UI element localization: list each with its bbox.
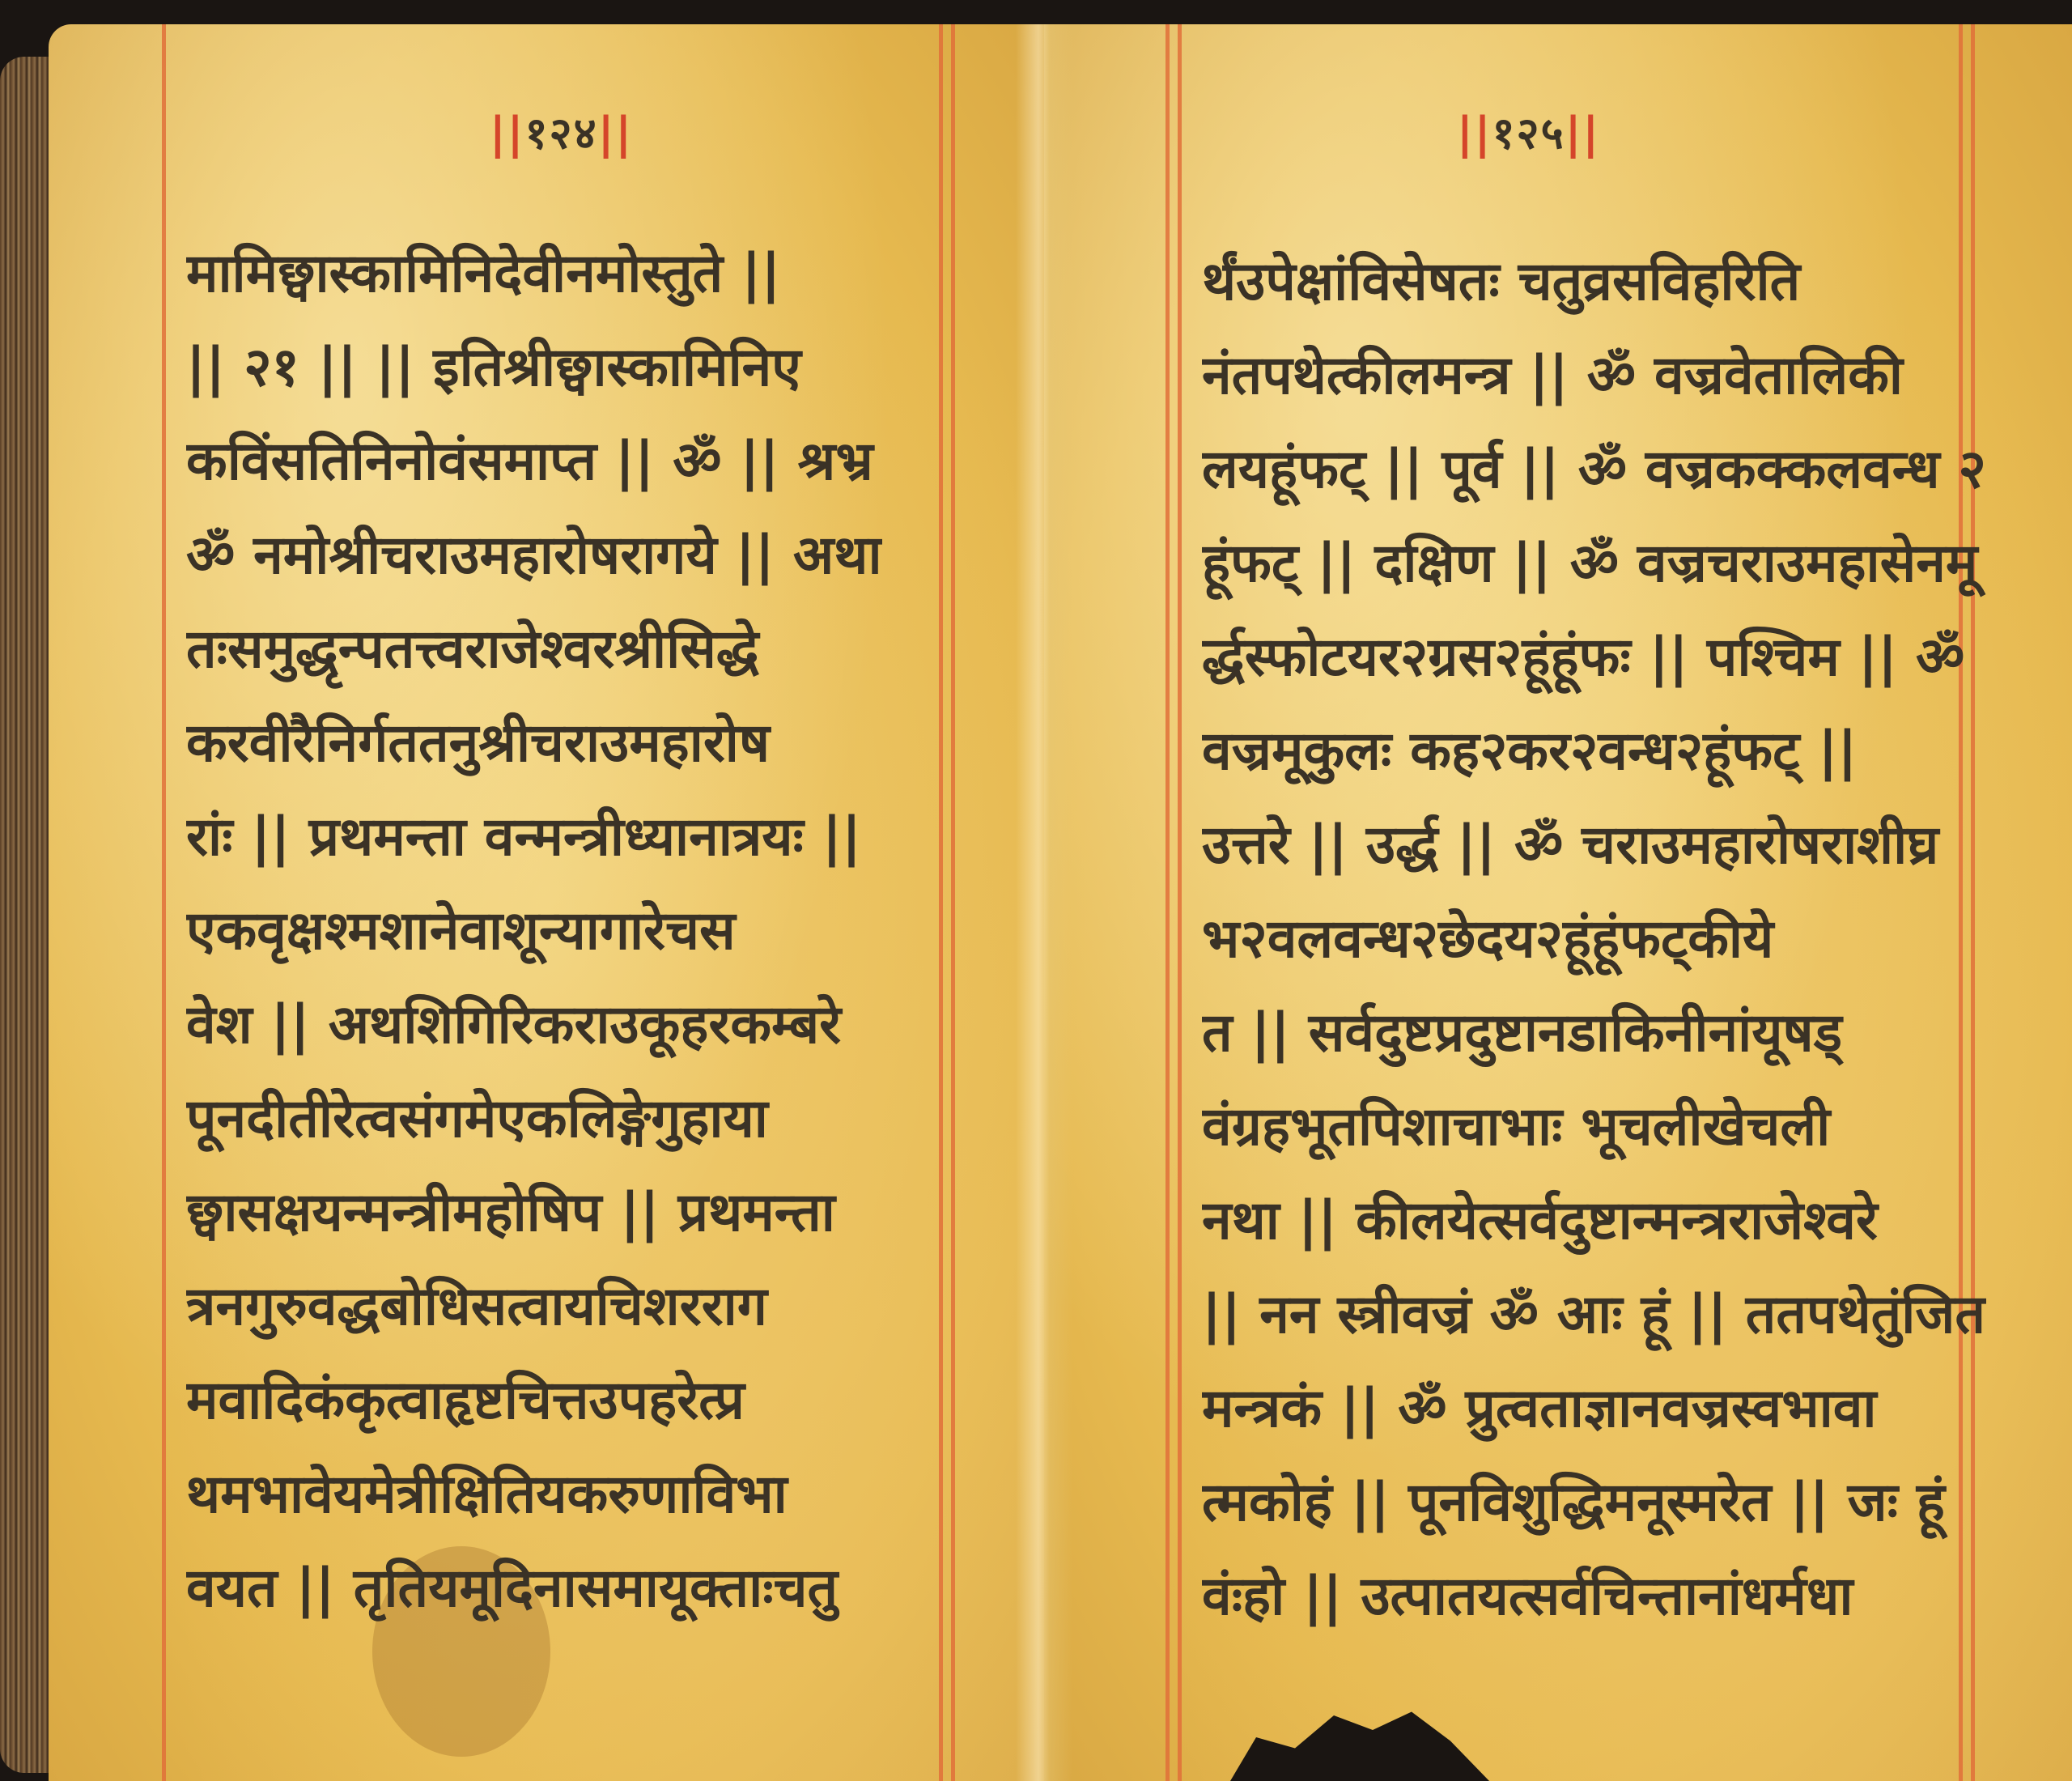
- danda-mark: ||: [598, 108, 633, 159]
- text-line: || नन स्त्रीवज्रं ॐ आः हूं || ततपथेतुंजि…: [1202, 1268, 1986, 1362]
- torn-edge: [1230, 1708, 1489, 1781]
- text-line: लयहूंफट् || पूर्व || ॐ वज्रकक्कलवन्ध २: [1202, 423, 1986, 516]
- text-line: रांः || प्रथमन्ता वन्मन्त्रीध्यानात्रयः …: [186, 790, 882, 884]
- text-line: वंग्रहभूतपिशाचाभाः भूचलीखेचली: [1202, 1080, 1986, 1174]
- danda-mark: ||: [1457, 108, 1492, 159]
- left-page-text: मामिछ्वास्कामिनिदेवीनमोस्तुते || || २१ |…: [186, 227, 882, 1635]
- text-line: उत्तरे || उर्द्ध || ॐ चराउमहारोषराशीघ्र: [1202, 798, 1986, 892]
- folio-number-text: १२४: [524, 108, 597, 159]
- text-line: पूनदीतीरेत्वसंगमेएकलिङ्गेगुहाया: [186, 1072, 882, 1166]
- text-line: मन्त्रकं || ॐ प्रुत्वताज्ञानवज्रस्वभावा: [1202, 1362, 1986, 1456]
- text-line: हूंफट् || दक्षिण || ॐ वज्रचराउमहासेनमू: [1202, 516, 1986, 610]
- text-line: एकवृक्षश्मशानेवाशून्यागारेचस: [186, 884, 882, 978]
- text-line: वयत || तृतियमूदिनासमायूक्ताःचतु: [186, 1541, 882, 1635]
- text-line: मवादिकंकृत्वाहृष्टचित्तउपहरेत्प्र: [186, 1354, 882, 1447]
- text-line: वेश || अथशिगिरिकराउकूहरकम्बरे: [186, 978, 882, 1072]
- text-line: थमभावेयमेत्रीक्षितियकरुणाविभा: [186, 1447, 882, 1541]
- right-margin-rule-inner: [951, 24, 955, 1781]
- book-gutter: [1016, 24, 1072, 1781]
- text-line: छ्वासक्षयन्मन्त्रीमहोषिप || प्रथमन्ता: [186, 1166, 882, 1260]
- text-line: र्द्धस्फोटयर२ग्रस२हूंहूंफः || पश्चिम || …: [1202, 610, 1986, 704]
- right-page: ||१२५|| र्थंउपेक्षांविसेषतः चतुव्रसविहरि…: [1044, 24, 2072, 1781]
- text-line: कविंसतिनिनोवंसमाप्त || ॐ || श्रभ्र: [186, 414, 882, 508]
- text-line: वज्रमूकुलः कह२कर२वन्ध२हूंफट् ||: [1202, 704, 1986, 798]
- left-margin-rule-outer: [1165, 24, 1170, 1781]
- right-page-text: र्थंउपेक्षांविसेषतः चतुव्रसविहरिति नंतपथ…: [1202, 235, 1986, 1643]
- text-line: भ२वलवन्ध२छेदय२हूंहूंफट्कीये: [1202, 892, 1986, 986]
- left-margin-rule: [162, 24, 166, 1781]
- text-line: मामिछ्वास्कामिनिदेवीनमोस्तुते ||: [186, 227, 882, 321]
- text-line: नंतपथेत्कीलमन्त्र || ॐ वज्रवेतालिकी: [1202, 329, 1986, 423]
- text-line: त || सर्वदुष्टप्रदुष्टानडाकिनीनांयूषड्: [1202, 986, 1986, 1080]
- left-page: ||१२४|| मामिछ्वास्कामिनिदेवीनमोस्तुते ||…: [49, 24, 1044, 1781]
- text-line: र्थंउपेक्षांविसेषतः चतुव्रसविहरिति: [1202, 235, 1986, 329]
- left-margin-rule-inner: [1178, 24, 1182, 1781]
- text-line: नथा || कीलयेत्सर्वदुष्टान्मन्त्रराजेश्वर…: [1202, 1174, 1986, 1268]
- folio-number-left: ||१२४||: [490, 101, 633, 161]
- right-margin-rule-outer: [939, 24, 943, 1781]
- text-line: ॐ नमोश्रीचराउमहारोषरागये || अथा: [186, 508, 882, 602]
- text-line: त्मकोहं || पूनविशुद्धिमनूस्मरेत || जः हू…: [1202, 1456, 1986, 1549]
- open-manuscript: ||१२४|| मामिछ्वास्कामिनिदेवीनमोस्तुते ||…: [0, 24, 2072, 1781]
- text-line: करवीरैनिर्गततनुश्रीचराउमहारोष: [186, 696, 882, 790]
- text-line: त्रनगुरुवद्धबोधिसत्वायचिशरराग: [186, 1260, 882, 1354]
- text-line: || २१ || || इतिश्रीछ्वास्कामिनिए: [186, 321, 882, 414]
- danda-mark: ||: [490, 108, 524, 159]
- danda-mark: ||: [1565, 108, 1600, 159]
- text-line: तःसमुद्धृन्पतत्त्वराजेश्वरश्रीसिद्धे: [186, 602, 882, 696]
- folio-number-text: १२५: [1492, 108, 1565, 159]
- folio-number-right: ||१२५||: [1457, 101, 1600, 161]
- text-line: वंःहो || उत्पातयत्सर्वचिन्तानांधर्मधा: [1202, 1549, 1986, 1643]
